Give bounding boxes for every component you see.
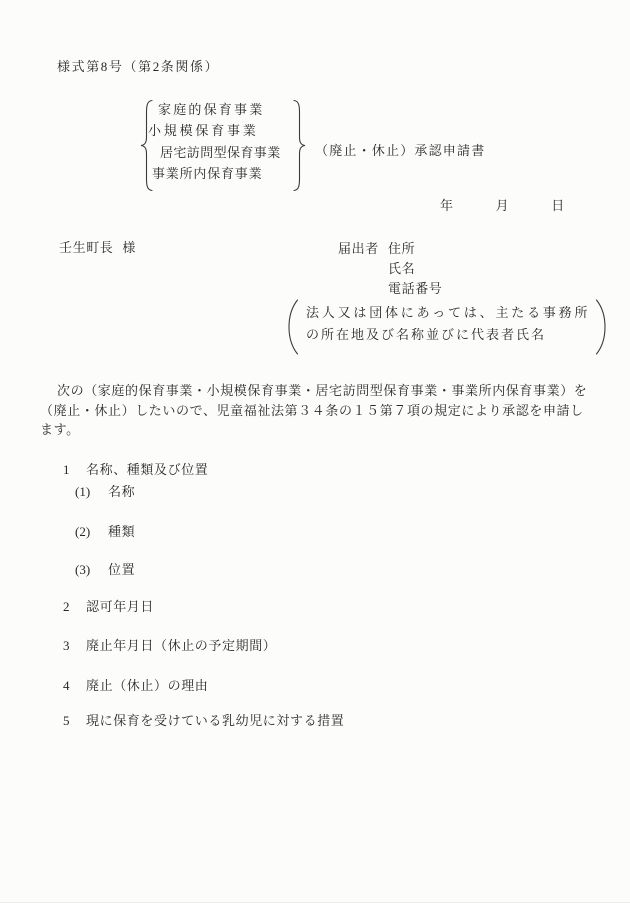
application-title: （廃止・休止）承認申請書 [315,144,485,158]
closing-paren-icon [595,299,607,360]
sub-item-number: (3) [75,562,108,578]
day-label: 日 [551,198,565,213]
business-type-item: 小規模保育事業 [148,124,259,138]
addressee-name: 壬生町長 [59,240,113,255]
business-type-item: 事業所内保育事業 [152,167,262,181]
notifier-address-label: 住所 [388,242,415,256]
sub-item: (3)位置 [75,559,135,578]
document-page: 様式第8号（第2条関係） 家庭的保育事業 小規模保育事業 居宅訪問型保育事業 事… [0,0,630,903]
item-number: 3 [63,638,86,654]
year-label: 年 [440,198,454,213]
item-number: 2 [63,599,86,615]
sub-item-text: 種類 [108,524,135,539]
month-label: 月 [496,198,510,213]
notifier-label: 届出者 [338,242,379,256]
sub-item: (1)名称 [75,481,135,500]
item-text: 廃止（休止）の理由 [86,678,208,693]
sub-item: (2)種類 [75,521,135,540]
addressee-honorific: 様 [122,240,136,255]
notifier-name-label: 氏名 [388,262,415,276]
business-type-item: 家庭的保育事業 [158,103,264,117]
sub-item-text: 位置 [108,562,135,577]
corporate-note-line-2: の所在地及び名称並びに代表者氏名 [306,328,546,342]
body-line: ます。 [40,420,600,440]
numbered-item: 5現に保育を受けている乳幼児に対する措置 [63,710,344,729]
item-text: 廃止年月日（休止の予定期間） [86,638,276,653]
body-paragraph: 次の（家庭的保育事業・小規模保育事業・居宅訪問型保育事業・事業所内保育事業）を … [40,381,600,440]
item-number: 5 [63,713,86,729]
sub-item-number: (2) [75,524,108,540]
item-number: 1 [63,462,86,478]
numbered-item: 4廃止（休止）の理由 [63,675,208,694]
numbered-item: 3廃止年月日（休止の予定期間） [63,635,276,654]
body-line: （廃止・休止）したいので、児童福祉法第３４条の１５第７項の規定により承認を申請し [40,401,600,421]
date-line: 年月日 [440,199,565,213]
sub-item-text: 名称 [108,484,135,499]
addressee: 壬生町長様 [59,241,136,255]
item-text: 現に保育を受けている乳幼児に対する措置 [86,713,344,728]
item-text: 名称、種類及び位置 [86,462,208,477]
business-type-item: 居宅訪問型保育事業 [160,146,281,160]
opening-brace-icon [140,99,153,197]
closing-brace-icon [293,99,306,197]
numbered-item: 2認可年月日 [63,596,154,615]
sub-item-number: (1) [75,484,108,500]
body-line: 次の（家庭的保育事業・小規模保育事業・居宅訪問型保育事業・事業所内保育事業）を [40,381,600,401]
opening-paren-icon [287,299,299,360]
item-text: 認可年月日 [86,599,154,614]
numbered-item: 1名称、種類及び位置 [63,459,208,478]
item-number: 4 [63,678,86,694]
form-number: 様式第8号（第2条関係） [57,60,219,74]
notifier-phone-label: 電話番号 [388,282,442,296]
corporate-note-line-1: 法人又は団体にあっては、主たる事務所 [306,306,590,320]
